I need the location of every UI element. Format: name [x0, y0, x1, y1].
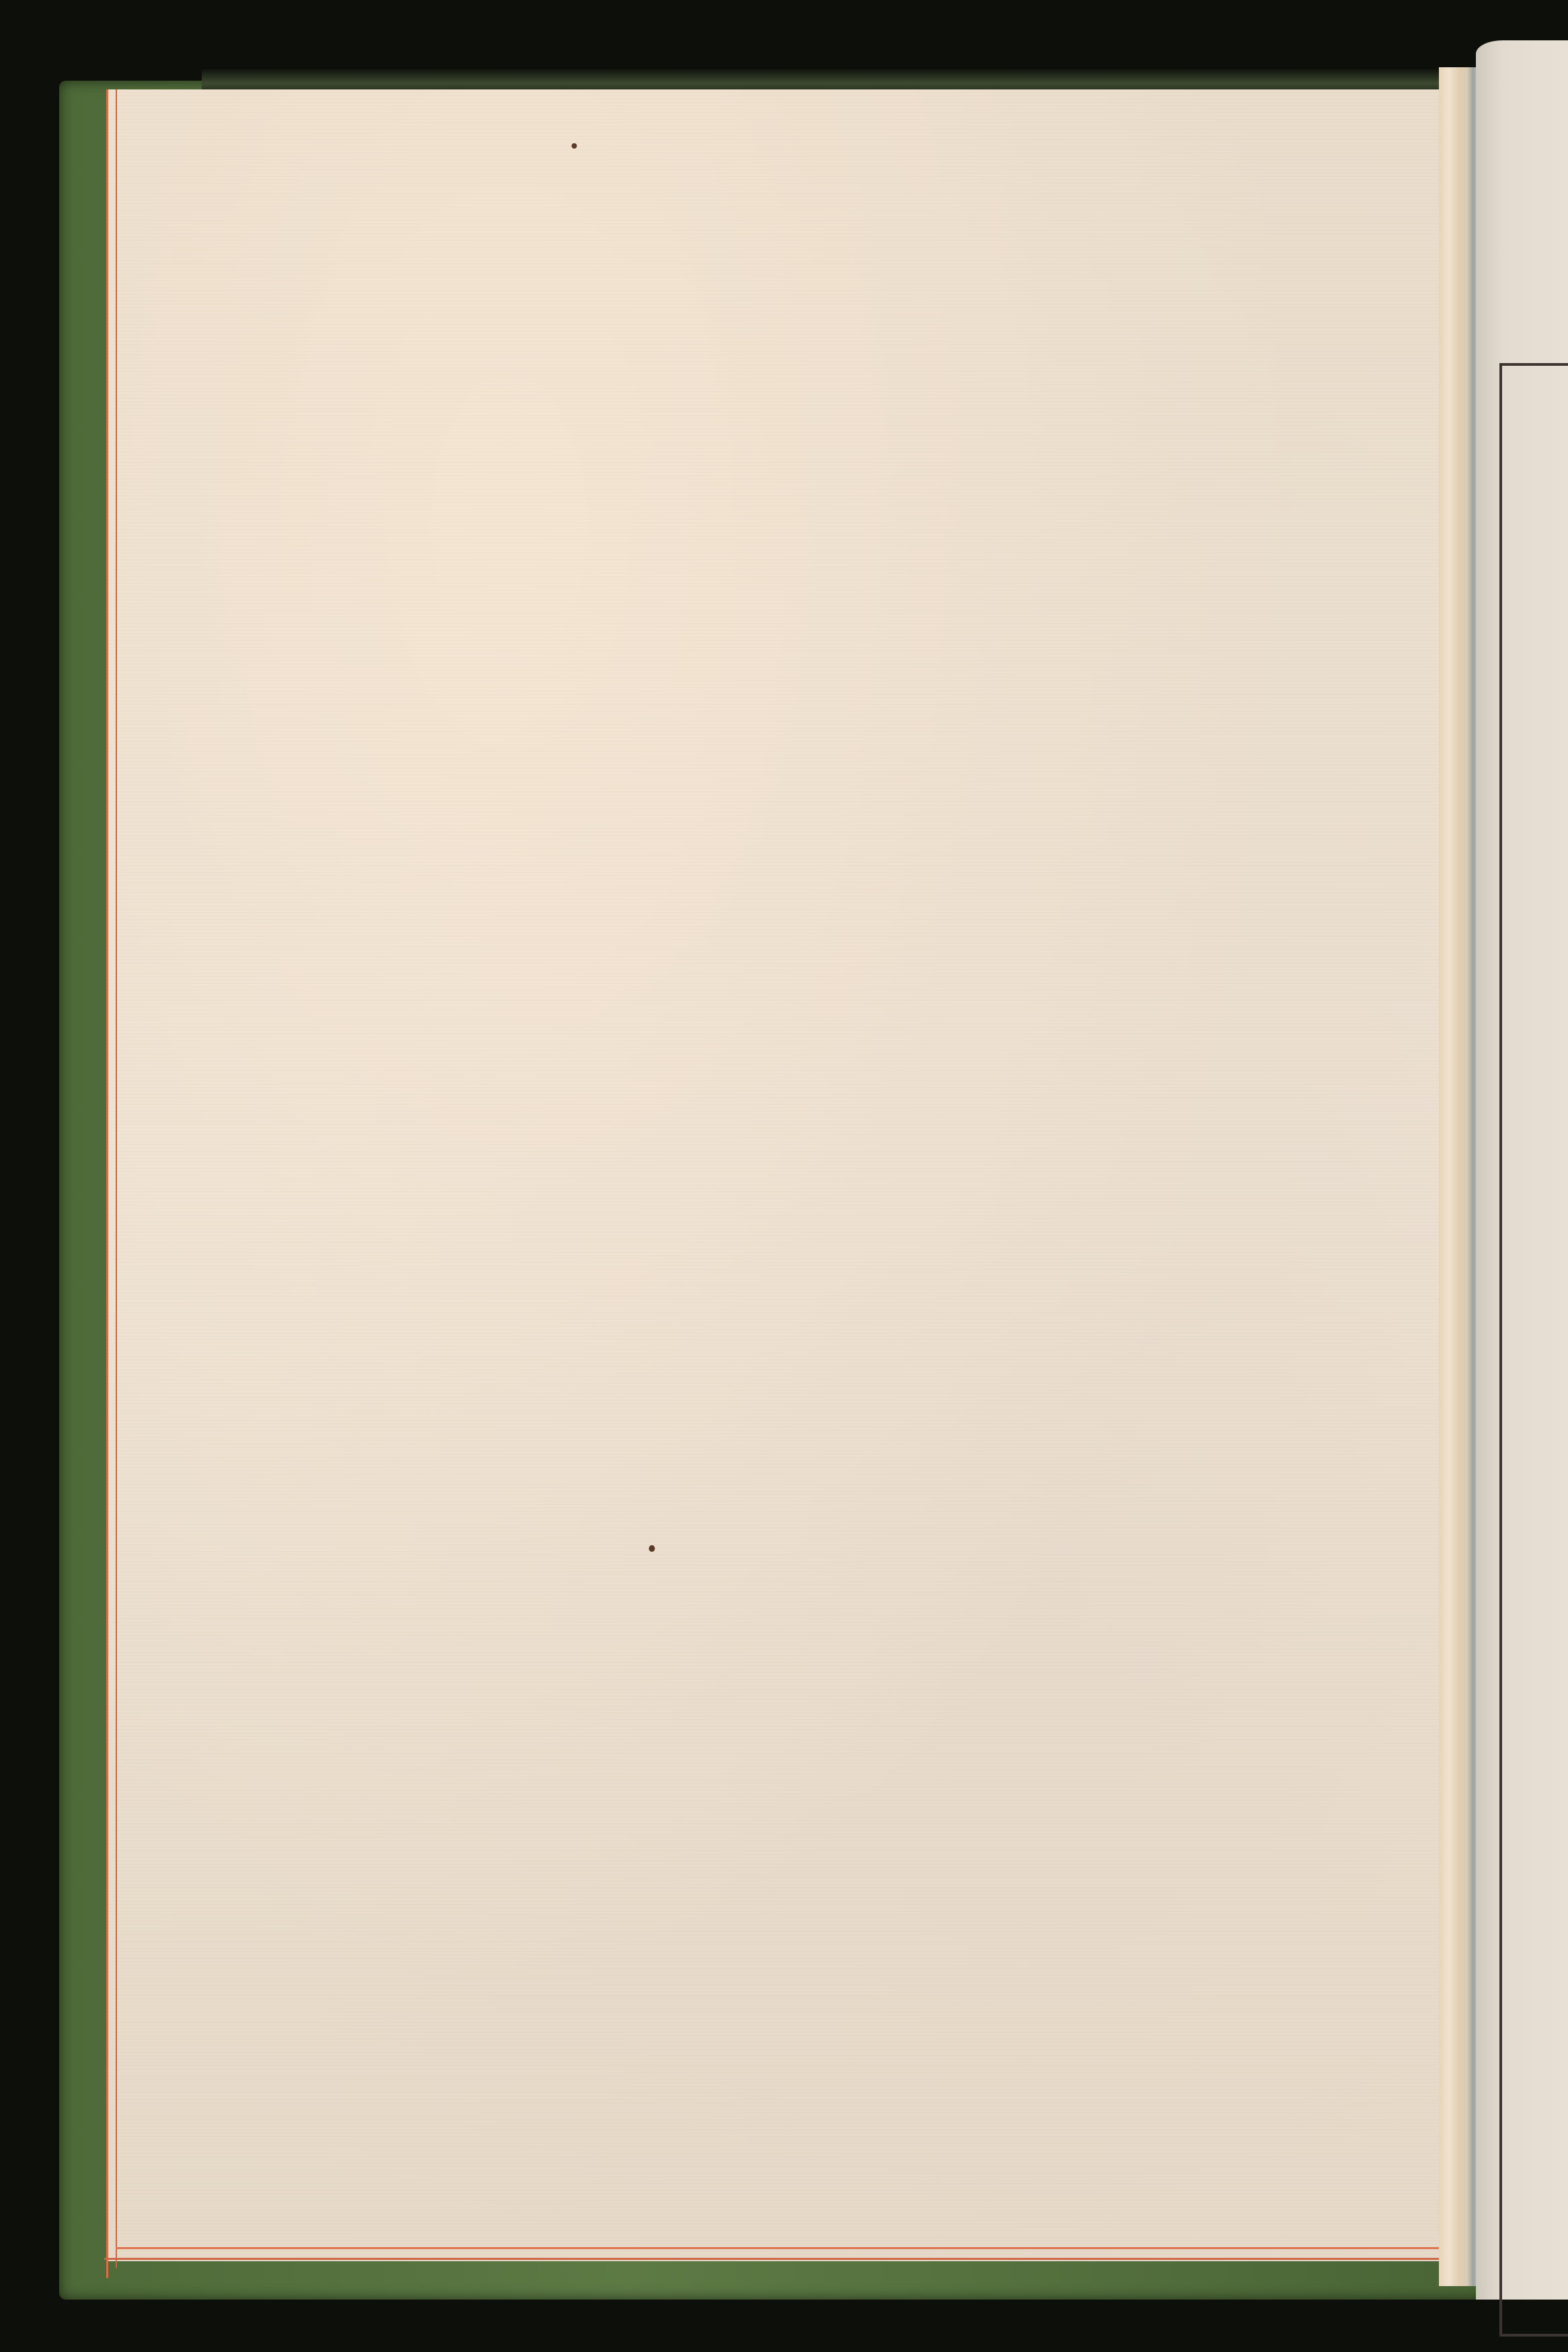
red-edge-rule: [116, 89, 117, 2268]
printed-frame-border: [1499, 363, 1568, 2337]
paper-speck: [572, 143, 577, 149]
book-scan: [0, 0, 1568, 2352]
red-edge-rule: [104, 2258, 1446, 2260]
red-edge-rule: [116, 2247, 1447, 2249]
red-edge-rule: [106, 89, 108, 2278]
blank-endpaper-page: [108, 89, 1446, 2261]
book-gutter: [1439, 67, 1479, 2286]
paper-speck: [649, 1545, 655, 1552]
